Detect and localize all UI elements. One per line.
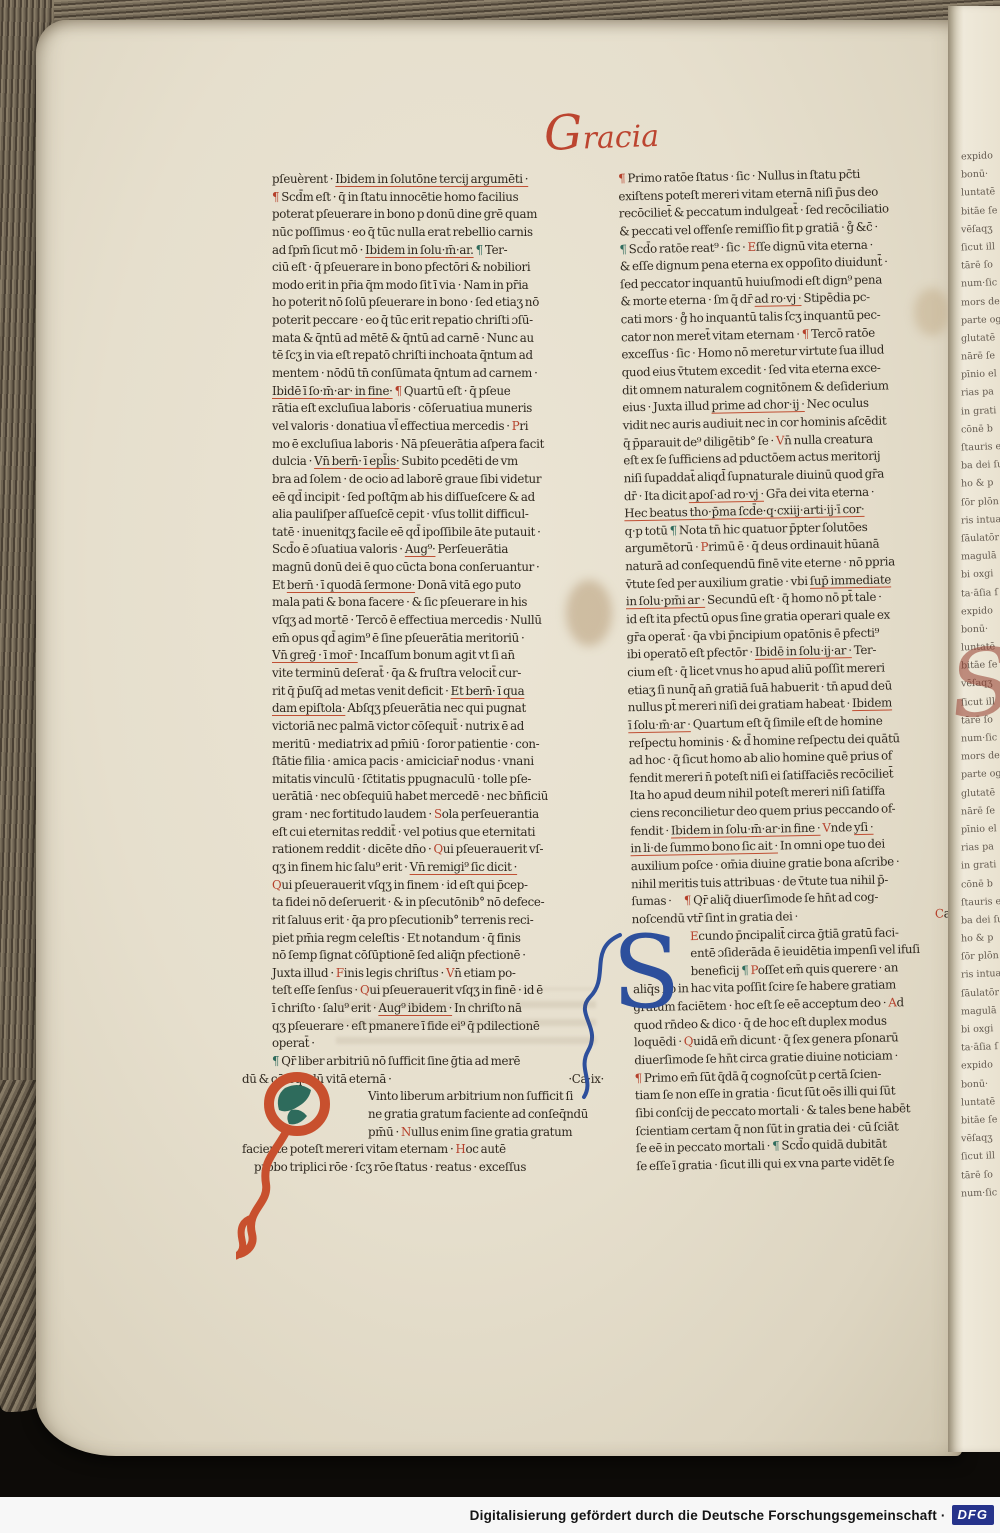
text-line: mentem · nōdū tn̄ conſūmata q̄ntum ad ca… — [272, 365, 604, 383]
text-line: modo erit in pr̄ia q̄m modo ſit ī via · … — [272, 277, 604, 295]
ink-bleed-through — [336, 988, 596, 1044]
manuscript-page: Gracia pſeuèrent · Ibidem in ſolutōne te… — [36, 20, 962, 1456]
edge-text-fragment: ſtauris e — [948, 893, 1000, 913]
text-line: rātia eſt excluſiua laboris · cōſeruatiu… — [272, 400, 604, 418]
text-line: tatē · inuenitqʒ facile eē qd̄ ipoſſibil… — [272, 524, 604, 542]
edge-text-fragment: ba dei ſu — [948, 456, 1000, 476]
edge-text-fragment: luntatē — [948, 183, 1000, 203]
text-line: rit q̄ p̄uſq̄ ad metas venit deficit · E… — [272, 683, 604, 701]
parchment-stain — [914, 288, 950, 336]
text-line: vite terminū deſerat̄ · q̄a & fruſtra ve… — [272, 665, 604, 683]
text-line: uerātiā · nec obſequiū habet mercedē · n… — [272, 788, 604, 806]
text-line: Qui pſeuerauerit vſqʒ in finem · id eſt … — [272, 877, 604, 895]
edge-text-fragment: tārē ſo — [948, 256, 1000, 276]
edge-text-fragment: bonū· — [948, 1075, 1000, 1095]
edge-text-fragment: ta·āſia ſ — [948, 584, 1000, 604]
edge-text-fragment: num·ſic — [948, 274, 1000, 294]
edge-text-fragment: mors de — [948, 747, 1000, 767]
text-line: mo ē excluſiua laboris · Nā pſeuerātia a… — [272, 436, 604, 454]
text-line: pm̄ū · Nullus enim ſine gratia gratum — [368, 1124, 604, 1142]
text-line: Juxta illud · Finis legis chriſtus · Vn̄… — [272, 965, 604, 983]
text-line: poterit peccare · eo q̄ tūc erit repatio… — [272, 312, 604, 330]
edge-text-fragment: parte og — [948, 765, 1000, 785]
text-line: dulcia · Vn̄ bern̄· ī epl̄is· Subito pce… — [272, 453, 604, 471]
text-line: mitatis vinculū · ſc̄titatis ppugnaculū … — [272, 771, 604, 789]
text-line: tē ſcʒ in via eſt repatō chriſti inchoat… — [272, 347, 604, 365]
edge-text-fragment: expido — [948, 1056, 1000, 1076]
edge-text-fragment: num·ſic — [948, 1184, 1000, 1204]
text-line: nūc poſſimus · eo q̄ tūc nulla erat rebe… — [272, 224, 604, 242]
text-line: victoriā nec palmā victor cōſequit̄ · nu… — [272, 718, 604, 736]
text-line: eſt cui eternitas reddit̄ · vel potius q… — [272, 824, 604, 842]
facing-page-sliver: expidobonū·luntatēbitāe ſevēſaqʒſicut il… — [948, 6, 1000, 1452]
initial-s-glyph: S — [612, 923, 681, 1023]
text-line: Vinto liberum arbitrium non ſufficit ſi — [368, 1088, 604, 1106]
text-line: nō ſemp ſignat cōſūptionē ſed aliq̄n pfe… — [272, 947, 604, 965]
text-line: ta fidei nō deſeruerit · & in pſecutōnib… — [272, 894, 604, 912]
running-title-gracia: Gracia — [543, 98, 765, 162]
edge-text-fragment: expido — [948, 602, 1000, 622]
edge-text-fragment: magulā — [948, 1002, 1000, 1022]
text-line: ho poterit nō ſolū pſeuerare in bono · ſ… — [272, 294, 604, 312]
text-line: ſtātie filia · amica pacis · amiciciar̄ … — [272, 753, 604, 771]
text-line: meritū · mediatrix ad pm̄iū · ſoror pati… — [272, 736, 604, 754]
decorated-initial-q — [236, 1068, 356, 1268]
text-line: Vn̄ greḡ · ī mor̄ · Incaſſum bonum agit … — [272, 647, 604, 665]
parchment-stain — [566, 580, 612, 646]
digitized-manuscript-photo: Gracia pſeuèrent · Ibidem in ſolutōne te… — [0, 0, 1000, 1533]
edge-text-fragment: ſicut ill — [948, 1147, 1000, 1167]
text-line: poterat pſeuerare in bono p donū dine gr… — [272, 206, 604, 224]
edge-text-fragment: cōnē b — [948, 875, 1000, 895]
text-line: ¶ Scd̄m eſt · q̄ in ſtatu innocētie homo… — [272, 189, 604, 207]
text-line: eē qd̄ incipit · ſed poſtq̄m ab his diſſ… — [272, 489, 604, 507]
edge-text-fragment: vēſaqʒ — [948, 1129, 1000, 1149]
edge-text-fragment: ho & p — [948, 929, 1000, 949]
text-line: gram · nec fortitudo laudem · Sola perſe… — [272, 806, 604, 824]
text-line: mala pati & bona facere · & ſic pſeuerar… — [272, 594, 604, 612]
edge-text-fragment: in grati — [948, 402, 1000, 422]
edge-text-fragment: parte og — [948, 311, 1000, 331]
edge-text-fragment: bitāe ſe — [948, 1111, 1000, 1131]
edge-text-fragment: rias pa — [948, 838, 1000, 858]
text-line: em̄ opus qd̄ agim⁹ ē ſine pſeuerātia mer… — [272, 630, 604, 648]
text-line: ad ſpm̄ ſicut mō · Ibidem in ſolu·m̄·ar.… — [272, 242, 604, 260]
text-line: Et bern̄ · ī quodā ſermone· Donā vitā eg… — [272, 577, 604, 595]
text-line: mata & q̄ntū ad mētē & q̄ntū ad carnē · … — [272, 330, 604, 348]
edge-text-fragment: luntatē — [948, 1093, 1000, 1113]
text-line: Ibidē ī ſo·m̄·ar· in fine· ¶ Quartū eſt … — [272, 383, 604, 401]
text-line: magnū donū dei ē quo cūcta bona conſerua… — [272, 559, 604, 577]
edge-text-fragment: ſāulatōr — [948, 984, 1000, 1004]
text-line: rationem reddit · dicēte dn̄o · Qui pſeu… — [272, 841, 604, 859]
edge-text-fragment: ſōr plōn — [948, 493, 1000, 513]
edge-text-fragment: vēſaqʒ — [948, 220, 1000, 240]
edge-text-fragment: ris intua — [948, 511, 1000, 531]
text-line: Scd̄o ē ɔſuatiua valoris · Aug⁹· Perſeue… — [272, 541, 604, 559]
edge-text-fragment: ta·āſia ſ — [948, 1038, 1000, 1058]
edge-text-fragment: expido — [948, 147, 1000, 167]
text-line: pſeuèrent · Ibidem in ſolutōne tercij ar… — [272, 171, 604, 189]
text-line: piet pm̄ia regm celeſtis · Et notandum ·… — [272, 930, 604, 948]
edge-text-fragment: magulā — [948, 547, 1000, 567]
text-line: ciū eſt · q̄ pſeuerare in bono pfectōri … — [272, 259, 604, 277]
edge-text-fragment: in grati — [948, 856, 1000, 876]
dfg-credit-bar: Digitalisierung gefördert durch die Deut… — [0, 1497, 1000, 1533]
text-line: bra ad ſolem · de ocio ad laborē graue ſ… — [272, 471, 604, 489]
dfg-logo: DFG — [952, 1505, 994, 1525]
text-line: qʒ in finem hic ſalu⁹ erit · Vn̄ remigi⁹… — [272, 859, 604, 877]
edge-text-fragment: ris intua — [948, 966, 1000, 986]
facing-page-red-initial: S — [948, 635, 1000, 733]
edge-text-fragment: bitāe ſe — [948, 202, 1000, 222]
edge-text-fragment: cōnē b — [948, 420, 1000, 440]
edge-text-fragment: mors de — [948, 293, 1000, 313]
edge-text-fragment: rias pa — [948, 384, 1000, 404]
edge-text-fragment: glutatē — [948, 329, 1000, 349]
edge-text-fragment: ho & p — [948, 474, 1000, 494]
edge-text-fragment: bonū· — [948, 165, 1000, 185]
text-line: alia pauliſper aſſueſcē cepit · vſus tol… — [272, 506, 604, 524]
edge-text-fragment: glutatē — [948, 784, 1000, 804]
text-line: dam epiſtola· Abſqʒ pſeuerātia nec qui p… — [272, 700, 604, 718]
edge-text-fragment: ba dei ſu — [948, 911, 1000, 931]
dfg-credit-text: Digitalisierung gefördert durch die Deut… — [470, 1508, 946, 1523]
edge-text-fragment: tārē ſo — [948, 1166, 1000, 1186]
edge-text-fragment: nārē ſe — [948, 347, 1000, 367]
edge-text-fragment: bi oxgi — [948, 565, 1000, 585]
text-line: ne gratia gratum faciente ad conſeq̄ndū — [368, 1106, 604, 1124]
edge-text-fragment: bi oxgi — [948, 1020, 1000, 1040]
text-line: vſqʒ ad mortē · Tercō ē effectiua merced… — [272, 612, 604, 630]
edge-text-fragment: ſāulatōr — [948, 529, 1000, 549]
text-line: rit ſaluus erit · q̄a pro pſecutionib° t… — [272, 912, 604, 930]
edge-text-fragment: nārē ſe — [948, 802, 1000, 822]
text-line: vel valoris · donatiua vl̄ effectiua mer… — [272, 418, 604, 436]
edge-text-fragment: pīnio el — [948, 820, 1000, 840]
edge-text-fragment: ſicut ill — [948, 238, 1000, 258]
edge-text-fragment: ſtauris e — [948, 438, 1000, 458]
